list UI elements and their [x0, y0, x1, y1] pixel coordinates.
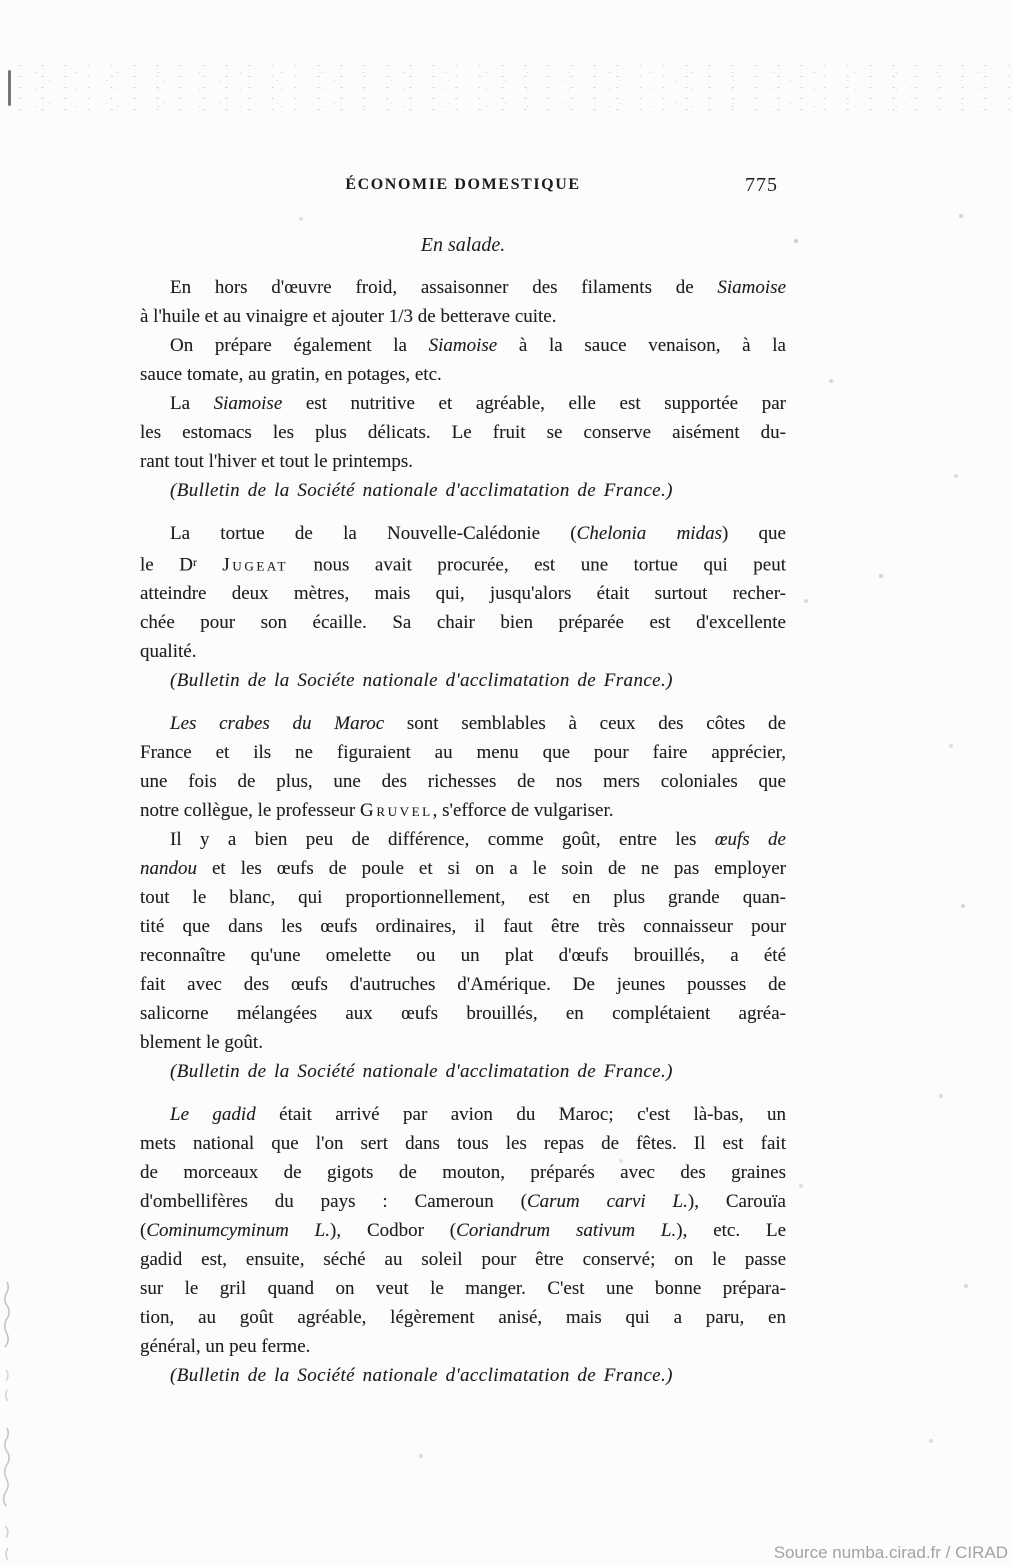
running-header-title: ÉCONOMIE DOMESTIQUE	[140, 176, 786, 194]
source-citation: (Bulletin de la Société nationale d'accl…	[140, 476, 786, 505]
scan-artifact-mark	[8, 70, 11, 106]
paragraph: En hors d'œuvre froid, assaisonner des f…	[140, 273, 786, 331]
scan-artifact-marginalia	[0, 1278, 16, 1566]
source-citation: (Bulletin de la Sociéte nationale d'accl…	[140, 666, 786, 695]
paragraph: Il y a bien peu de différence, comme goû…	[140, 825, 786, 1057]
page-text-column: ÉCONOMIE DOMESTIQUE 775 En salade. En ho…	[140, 0, 786, 1404]
article-text: En hors d'œuvre froid, assaisonner des f…	[140, 273, 786, 1390]
paragraph: Les crabes du Maroc sont semblables à ce…	[140, 709, 786, 825]
source-watermark: Source numba.cirad.fr / CIRAD	[774, 1543, 1008, 1563]
scanned-document-page: ÉCONOMIE DOMESTIQUE 775 En salade. En ho…	[0, 0, 1013, 1566]
source-citation: (Bulletin de la Société nationale d'accl…	[140, 1057, 786, 1086]
paragraph: On prépare également la Siamoise à la sa…	[140, 331, 786, 389]
paragraph: La tortue de la Nouvelle-Calédonie (Chel…	[140, 519, 786, 666]
paragraph: Le gadid était arrivé par avion du Maroc…	[140, 1100, 786, 1361]
page-number: 775	[745, 174, 778, 197]
section-heading: En salade.	[140, 234, 786, 257]
page-header: ÉCONOMIE DOMESTIQUE 775	[140, 176, 786, 198]
source-citation: (Bulletin de la Société nationale d'accl…	[140, 1361, 786, 1390]
paragraph: La Siamoise est nutritive et agréable, e…	[140, 389, 786, 476]
scan-noise-specks	[0, 0, 2, 2]
